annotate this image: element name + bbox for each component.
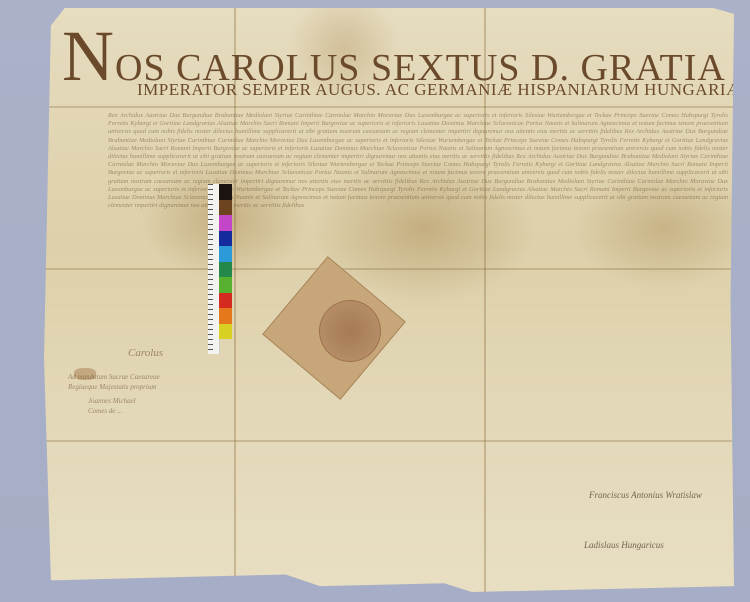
swatch-yellow	[219, 324, 232, 340]
swatch-cyan	[219, 246, 232, 262]
signature-right-1: Franciscus Antonius Wratislaw	[589, 490, 702, 500]
heading-line-2: IMPERATOR SEMPER AUGUS. AC GERMANIÆ HISP…	[137, 80, 750, 100]
fold-line	[44, 106, 734, 108]
swatch-red	[219, 293, 232, 309]
swatch-green	[219, 262, 232, 278]
swatch-magenta	[219, 215, 232, 231]
countersign-line: Regiaeque Majestatis proprium	[68, 382, 238, 392]
fold-line	[44, 440, 734, 442]
parchment-document: NOS CAROLUS SEXTUS D. GRATIA ELECTUS ROM…	[44, 8, 734, 592]
swatch-light-green	[219, 277, 232, 293]
swatch-orange	[219, 308, 232, 324]
signature-block-left: Carolus Ad mandatum Sacrae Caesareae Reg…	[68, 348, 238, 416]
signature-right-2: Ladislaus Hungaricus	[584, 540, 664, 550]
swatch-brown	[219, 200, 232, 216]
wax-seal	[319, 300, 381, 362]
color-reference-chart	[208, 184, 240, 354]
swatch-black	[219, 184, 232, 200]
countersign-line: Comes de ...	[88, 406, 238, 416]
swatch-blue	[219, 231, 232, 247]
body-text: Rex Archidux Austriae Dux Burgundiae Bra…	[108, 112, 728, 292]
countersign-line: Ad mandatum Sacrae Caesareae	[68, 372, 238, 382]
countersign-line: Joannes Michael	[88, 396, 238, 406]
heading-initial: N	[62, 16, 115, 96]
